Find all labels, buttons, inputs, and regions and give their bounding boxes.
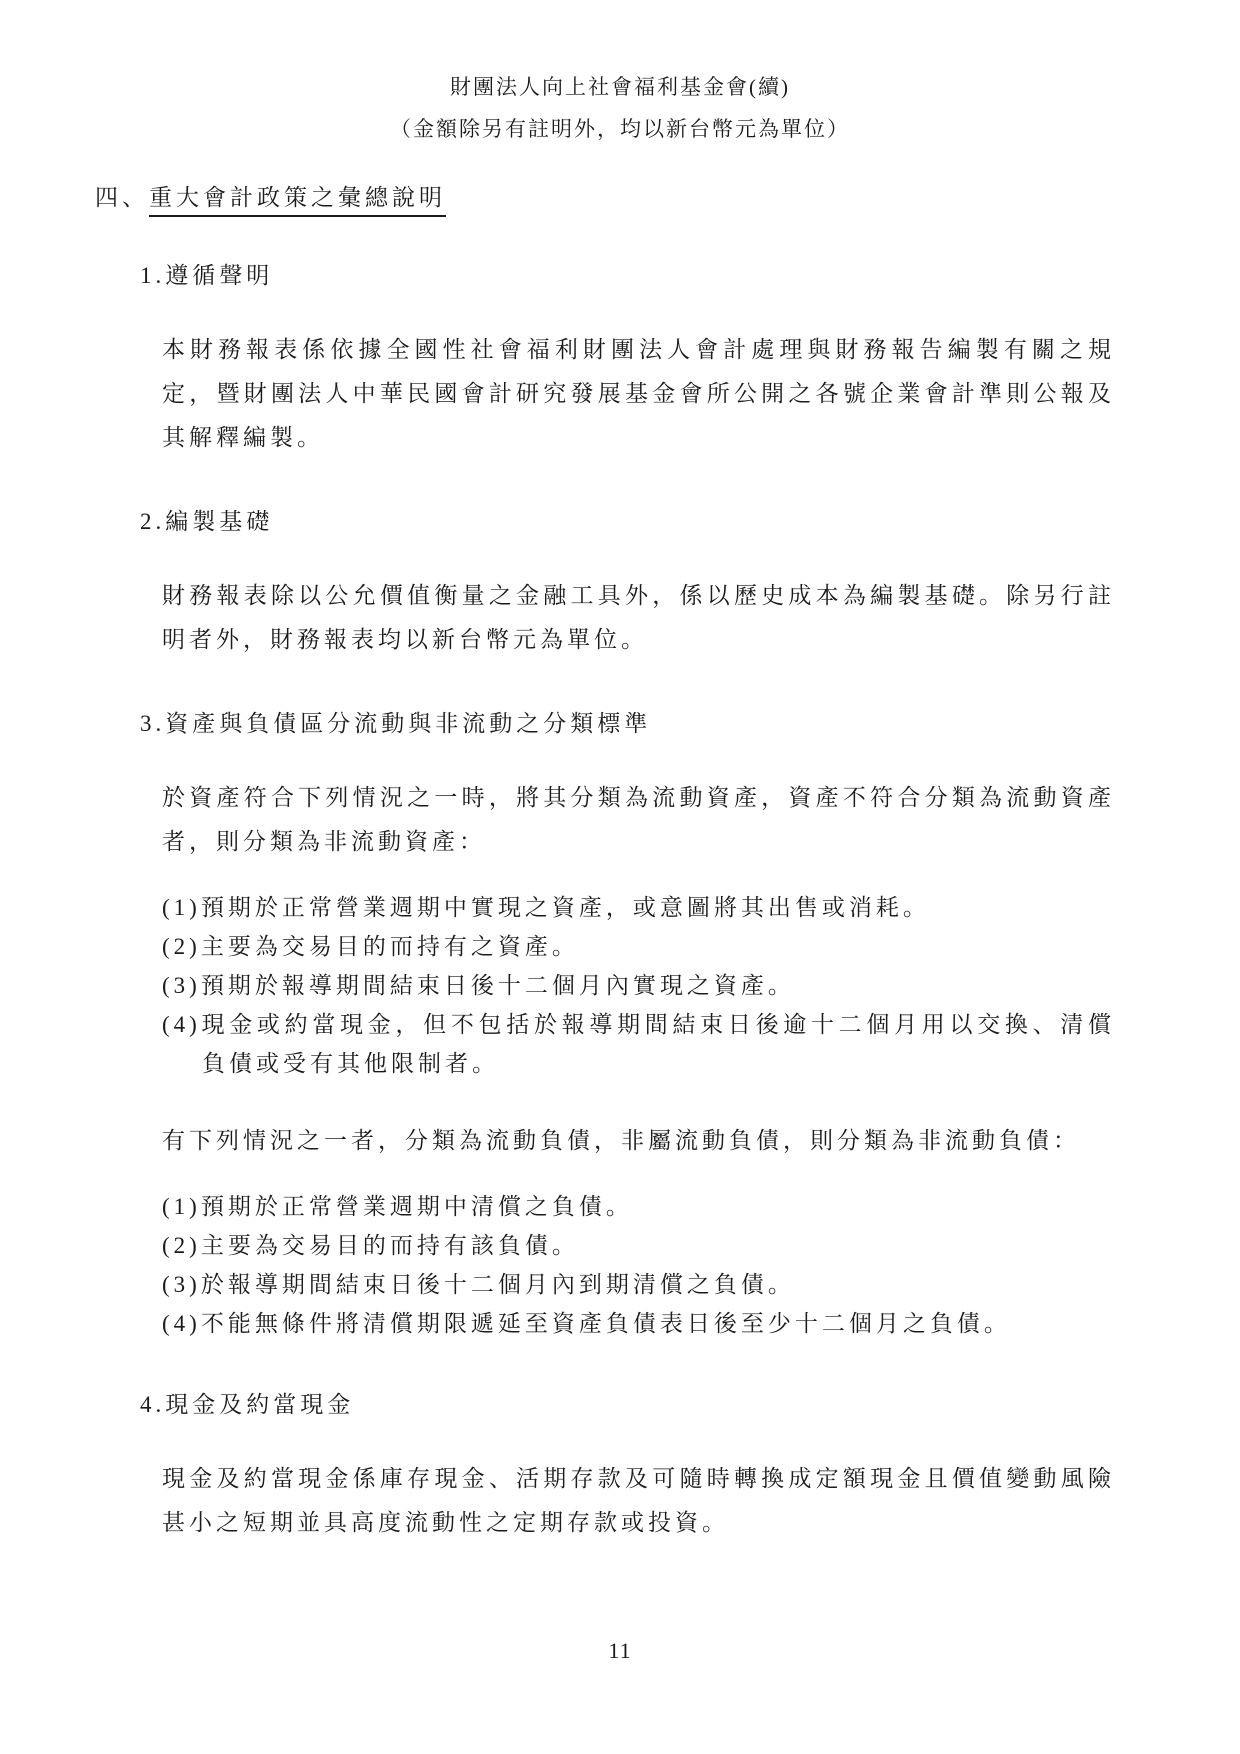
list-item-marker: (2) (162, 934, 201, 959)
document-header: 財團法人向上社會福利基金會(續) （金額除另有註明外，均以新台幣元為單位） (0, 0, 1240, 144)
item-3-title: 資產與負債區分流動與非流動之分類標準 (165, 711, 651, 736)
list-item-text: 主要為交易目的而持有該負債。 (201, 1233, 579, 1258)
list-item-marker: (2) (162, 1233, 201, 1258)
section-number: 四、 (95, 185, 149, 210)
cash-definition-paragraph: 現金及約當現金係庫存現金、活期存款及可隨時轉換成定額現金且價值變動風險甚小之短期… (162, 1457, 1115, 1545)
list-item: (2)主要為交易目的而持有之資產。 (162, 927, 1115, 966)
list-item: (4)現金或約當現金，但不包括於報導期間結束日後逾十二個月用以交換、清償負債或受… (162, 1005, 1115, 1083)
list-item-text: 不能無條件將清償期限遞延至資產負債表日後至少十二個月之負債。 (201, 1311, 1011, 1336)
list-item: (4)不能無條件將清償期限遞延至資產負債表日後至少十二個月之負債。 (162, 1304, 1115, 1343)
item-4-title: 現金及約當現金 (165, 1392, 354, 1417)
list-item: (1)預期於正常營業週期中實現之資產，或意圖將其出售或消耗。 (162, 888, 1115, 927)
basis-of-preparation-paragraph: 財務報表除以公允價值衡量之金融工具外，係以歷史成本為編製基礎。除另行註明者外，財… (162, 574, 1115, 662)
item-4-number: 4. (140, 1392, 165, 1417)
item-1-number: 1. (140, 263, 165, 288)
section-content: 1.遵循聲明 本財務報表係依據全國性社會福利財團法人會計處理與財務報告編製有關之… (140, 260, 1115, 1545)
list-item: (1)預期於正常營業週期中清償之負債。 (162, 1187, 1115, 1226)
liability-classification-intro: 有下列情況之一者，分類為流動負債，非屬流動負債，則分類為非流動負債： (162, 1119, 1115, 1163)
asset-criteria-list: (1)預期於正常營業週期中實現之資產，或意圖將其出售或消耗。 (2)主要為交易目… (162, 888, 1115, 1083)
list-item-text: 現金或約當現金，但不包括於報導期間結束日後逾十二個月用以交換、清償負債或受有其他… (201, 1012, 1115, 1076)
item-4-heading: 4.現金及約當現金 (140, 1389, 1115, 1421)
item-3-heading: 3.資產與負債區分流動與非流動之分類標準 (140, 708, 1115, 740)
list-item-marker: (4) (162, 1012, 201, 1037)
compliance-statement-paragraph: 本財務報表係依據全國性社會福利財團法人會計處理與財務報告編製有關之規定，暨財團法… (162, 328, 1115, 460)
list-item: (3)於報導期間結束日後十二個月內到期清償之負債。 (162, 1265, 1115, 1304)
list-item-text: 預期於報導期間結束日後十二個月內實現之資產。 (201, 973, 795, 998)
item-2-number: 2. (140, 509, 165, 534)
list-item: (3)預期於報導期間結束日後十二個月內實現之資產。 (162, 966, 1115, 1005)
page-number: 11 (0, 1638, 1240, 1664)
section-title: 重大會計政策之彙總說明 (149, 185, 446, 217)
item-3-number: 3. (140, 711, 165, 736)
item-1-title: 遵循聲明 (165, 263, 273, 288)
item-2-title: 編製基礎 (165, 509, 273, 534)
document-page: 財團法人向上社會福利基金會(續) （金額除另有註明外，均以新台幣元為單位） 四、… (0, 0, 1240, 1754)
list-item-marker: (3) (162, 1272, 201, 1297)
item-2-heading: 2.編製基礎 (140, 506, 1115, 538)
list-item-marker: (4) (162, 1311, 201, 1336)
list-item-marker: (1) (162, 1194, 201, 1219)
list-item-text: 預期於正常營業週期中清償之負債。 (201, 1194, 633, 1219)
document-title: 財團法人向上社會福利基金會(續) (0, 0, 1240, 102)
asset-classification-intro: 於資產符合下列情況之一時，將其分類為流動資產，資產不符合分類為流動資產者，則分類… (162, 776, 1115, 864)
list-item-text: 於報導期間結束日後十二個月內到期清償之負債。 (201, 1272, 795, 1297)
list-item: (2)主要為交易目的而持有該負債。 (162, 1226, 1115, 1265)
section-heading: 四、重大會計政策之彙總說明 (95, 182, 1115, 214)
list-item-marker: (3) (162, 973, 201, 998)
item-1-heading: 1.遵循聲明 (140, 260, 1115, 292)
list-item-text: 預期於正常營業週期中實現之資產，或意圖將其出售或消耗。 (201, 895, 930, 920)
list-item-marker: (1) (162, 895, 201, 920)
document-subtitle: （金額除另有註明外，均以新台幣元為單位） (0, 114, 1240, 144)
list-item-text: 主要為交易目的而持有之資產。 (201, 934, 579, 959)
liability-criteria-list: (1)預期於正常營業週期中清償之負債。 (2)主要為交易目的而持有該負債。 (3… (162, 1187, 1115, 1343)
